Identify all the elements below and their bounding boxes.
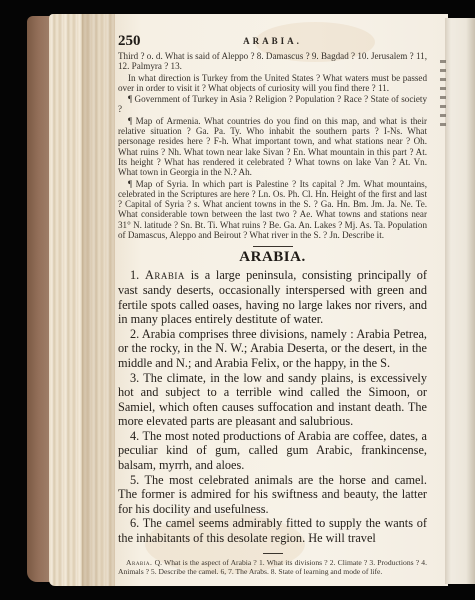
question-paragraph: In what direction is Turkey from the Uni… [118,73,427,94]
paragraph-text: The camel seems admirably fitted to supp… [118,516,427,545]
paragraph-number: 4. [130,429,139,443]
body-paragraph-5: 5. The most celebrated animals are the h… [118,473,427,517]
question-paragraph-syria: ¶ Map of Syria. In which part is Palesti… [118,179,427,241]
question-paragraph: ¶ Government of Turkey in Asia ? Religio… [118,94,427,115]
section-title: ARABIA. [118,249,427,266]
facing-page-text-fragments [440,60,448,460]
paragraph-number: 5. [130,473,139,487]
question-paragraph-armenia: ¶ Map of Armenia. What countries do you … [118,116,427,178]
footnote-lead: Arabia. [126,558,152,567]
page-content: 250 ARABIA. Third ? o. d. What is said o… [118,33,427,576]
body-paragraph-4: 4. The most noted productions of Arabia … [118,429,427,473]
body-paragraph-6: 6. The camel seems admirably fitted to s… [118,516,427,545]
paragraph-text: The climate, in the low and sandy plains… [118,371,427,429]
paragraph-text: The most noted productions of Arabia are… [118,429,427,472]
body-paragraph-2: 2. Arabia comprises three divisions, nam… [118,327,427,371]
body-paragraph-3: 3. The climate, in the low and sandy pla… [118,371,427,429]
lead-term: Arabia [145,268,185,282]
question-paragraph: Third ? o. d. What is said of Aleppo ? 8… [118,51,427,72]
paragraph-text: Arabia comprises three divisions, namely… [118,327,427,370]
footnote-text: Q. What is the aspect of Arabia ? 1. Wha… [118,558,427,576]
paragraph-number: 1. [130,268,139,282]
body-paragraph-1: 1. Arabia is a large peninsula, consisti… [118,268,427,326]
paragraph-number: 3. [130,371,139,385]
footnote-divider [263,553,283,554]
facing-page-edge [445,18,475,584]
running-head: 250 ARABIA. [118,33,427,49]
running-title: ARABIA. [118,36,427,46]
paragraph-text: The most celebrated animals are the hors… [118,473,427,516]
footnote-questions: Arabia. Q. What is the aspect of Arabia … [118,558,427,576]
section-divider [253,246,293,247]
paragraph-number: 6. [130,516,139,530]
paragraph-number: 2. [130,327,139,341]
